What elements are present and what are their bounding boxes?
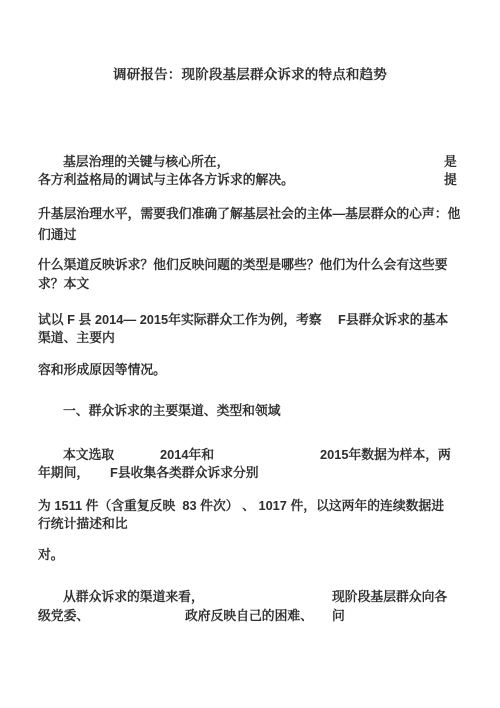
text-line: 升基层治理水平，需要我们准确了解基层社会的主体—基层群众的心声：他 xyxy=(0,204,500,223)
text-segment: 本文选取 xyxy=(63,445,114,464)
text-segment: 升基层治理水平，需要我们准确了解基层社会的主体—基层群众的心声：他 xyxy=(38,204,460,223)
text-segment: 什么渠道反映诉求？他们反映问题的类型是哪些？他们为什么会有这些要 xyxy=(38,255,448,274)
text-line: 为 1511 件（含重复反映 83 件次） 、 1017 件，以这两年的连续数据… xyxy=(0,496,500,515)
text-line: 年期间， F县收集各类群众诉求分别 xyxy=(0,463,500,482)
text-segment: 求？本文 xyxy=(38,274,89,293)
text-segment: 为 1511 件（含重复反映 83 件次） 、 1017 件，以这两年的连续数据… xyxy=(38,496,444,515)
text-segment: F县收集各类群众诉求分别 xyxy=(110,463,259,482)
text-line: 基层治理的关键与核心所在， 是 xyxy=(0,152,500,171)
text-line: 容和形成原因等情况。 xyxy=(0,360,500,379)
text-segment: 对。 xyxy=(38,545,64,564)
text-segment: 试以 F 县 2014— 2015年实际群众工作为例，考察 xyxy=(38,310,322,329)
text-segment: 政府反映自己的困难、 xyxy=(185,606,313,625)
text-segment: 从群众诉求的渠道来看， xyxy=(63,587,204,606)
document-title: 调研报告：现阶段基层群众诉求的特点和趋势 xyxy=(0,65,500,84)
text-segment: 是 xyxy=(444,152,457,171)
section-heading-text: 一、群众诉求的主要渠道、类型和领域 xyxy=(63,401,281,420)
text-segment: 年期间， xyxy=(38,463,89,482)
text-segment: 现阶段基层群众向各 xyxy=(332,587,447,606)
section-heading: 一、群众诉求的主要渠道、类型和领域 xyxy=(0,401,500,420)
text-line: 行统计描述和比 xyxy=(0,514,500,533)
text-segment: F县群众诉求的基本 xyxy=(338,310,448,329)
text-segment: 行统计描述和比 xyxy=(38,514,128,533)
text-segment: 们通过 xyxy=(38,225,76,244)
text-segment: 提 xyxy=(444,170,457,189)
text-segment: 级党委、 xyxy=(38,606,89,625)
text-line: 试以 F 县 2014— 2015年实际群众工作为例，考察 F县群众诉求的基本 xyxy=(0,310,500,329)
text-line: 什么渠道反映诉求？他们反映问题的类型是哪些？他们为什么会有这些要 xyxy=(0,255,500,274)
text-line: 各方利益格局的调试与主体各方诉求的解决。 提 xyxy=(0,170,500,189)
document-page: 调研报告：现阶段基层群众诉求的特点和趋势 基层治理的关键与核心所在， 是 各方利… xyxy=(0,0,500,708)
text-segment: 渠道、主要内 xyxy=(38,328,115,347)
text-segment: 2014年和 xyxy=(160,445,214,464)
text-line: 本文选取 2014年和 2015年数据为样本，两 xyxy=(0,445,500,464)
text-line: 们通过 xyxy=(0,225,500,244)
text-segment: 各方利益格局的调试与主体各方诉求的解决。 xyxy=(38,170,294,189)
text-line: 级党委、 政府反映自己的困难、 问 xyxy=(0,606,500,625)
text-line: 渠道、主要内 xyxy=(0,328,500,347)
text-segment: 容和形成原因等情况。 xyxy=(38,360,166,379)
text-segment: 基层治理的关键与核心所在， xyxy=(63,152,229,171)
text-line: 对。 xyxy=(0,545,500,564)
text-line: 求？本文 xyxy=(0,274,500,293)
text-line: 从群众诉求的渠道来看， 现阶段基层群众向各 xyxy=(0,587,500,606)
text-segment: 问 xyxy=(332,606,345,625)
text-segment: 2015年数据为样本，两 xyxy=(320,445,451,464)
